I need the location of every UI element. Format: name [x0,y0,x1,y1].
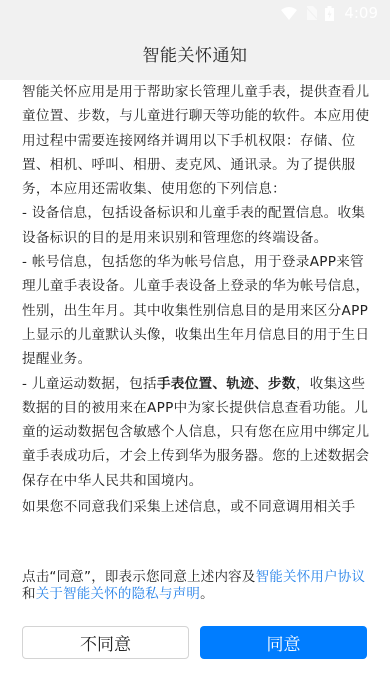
consent-prefix: 点击“同意”，即表示您同意上述内容及 [22,569,256,585]
account-info-paragraph: - 帐号信息，包括您的华为帐号信息，用于登录APP来管理儿童手表设备。儿童手表设… [22,250,370,371]
agree-button[interactable]: 同意 [200,626,367,659]
intro-paragraph: 智能关怀应用是用于帮助家长管理儿童手表，提供查看儿童位置、步数，与儿童进行聊天等… [22,80,370,201]
consent-middle: 和 [22,586,36,602]
no-sim-icon [305,6,317,20]
battery-charging-icon [325,6,334,21]
clipped-paragraph: 如果您不同意我们采集上述信息，或不同意调用相关手 [22,495,370,519]
motion-data-paragraph: - 儿童运动数据，包括手表位置、轨迹、步数，收集这些数据的目的被用来在APP中为… [22,372,370,493]
wifi-icon [281,7,297,20]
privacy-statement-link[interactable]: 关于智能关怀的隐私与声明 [36,586,200,602]
motion-data-prefix: - 儿童运动数据，包括 [22,376,157,392]
consent-suffix: 。 [200,586,214,602]
status-bar: 4:09 [0,0,390,26]
dialog-title: 智能关怀通知 [0,41,390,66]
consent-text: 点击“同意”，即表示您同意上述内容及智能关怀用户协议和关于智能关怀的隐私与声明。 [22,569,370,603]
motion-data-suffix: ，收集这些数据的目的被用来在APP中为家长提供信息查看功能。儿童的运动数据包含敏… [22,376,369,489]
device-info-paragraph: - 设备信息，包括设备标识和儿童手表的配置信息。收集设备标识的目的是用来识别和管… [22,201,370,250]
motion-data-bold: 手表位置、轨迹、步数 [157,376,296,392]
dialog-header: 4:09 智能关怀通知 [0,0,390,80]
status-time: 4:09 [344,4,378,22]
user-agreement-link[interactable]: 智能关怀用户协议 [256,569,366,585]
disagree-button[interactable]: 不同意 [22,626,189,659]
notice-content[interactable]: 智能关怀应用是用于帮助家长管理儿童手表，提供查看儿童位置、步数，与儿童进行聊天等… [22,80,370,562]
